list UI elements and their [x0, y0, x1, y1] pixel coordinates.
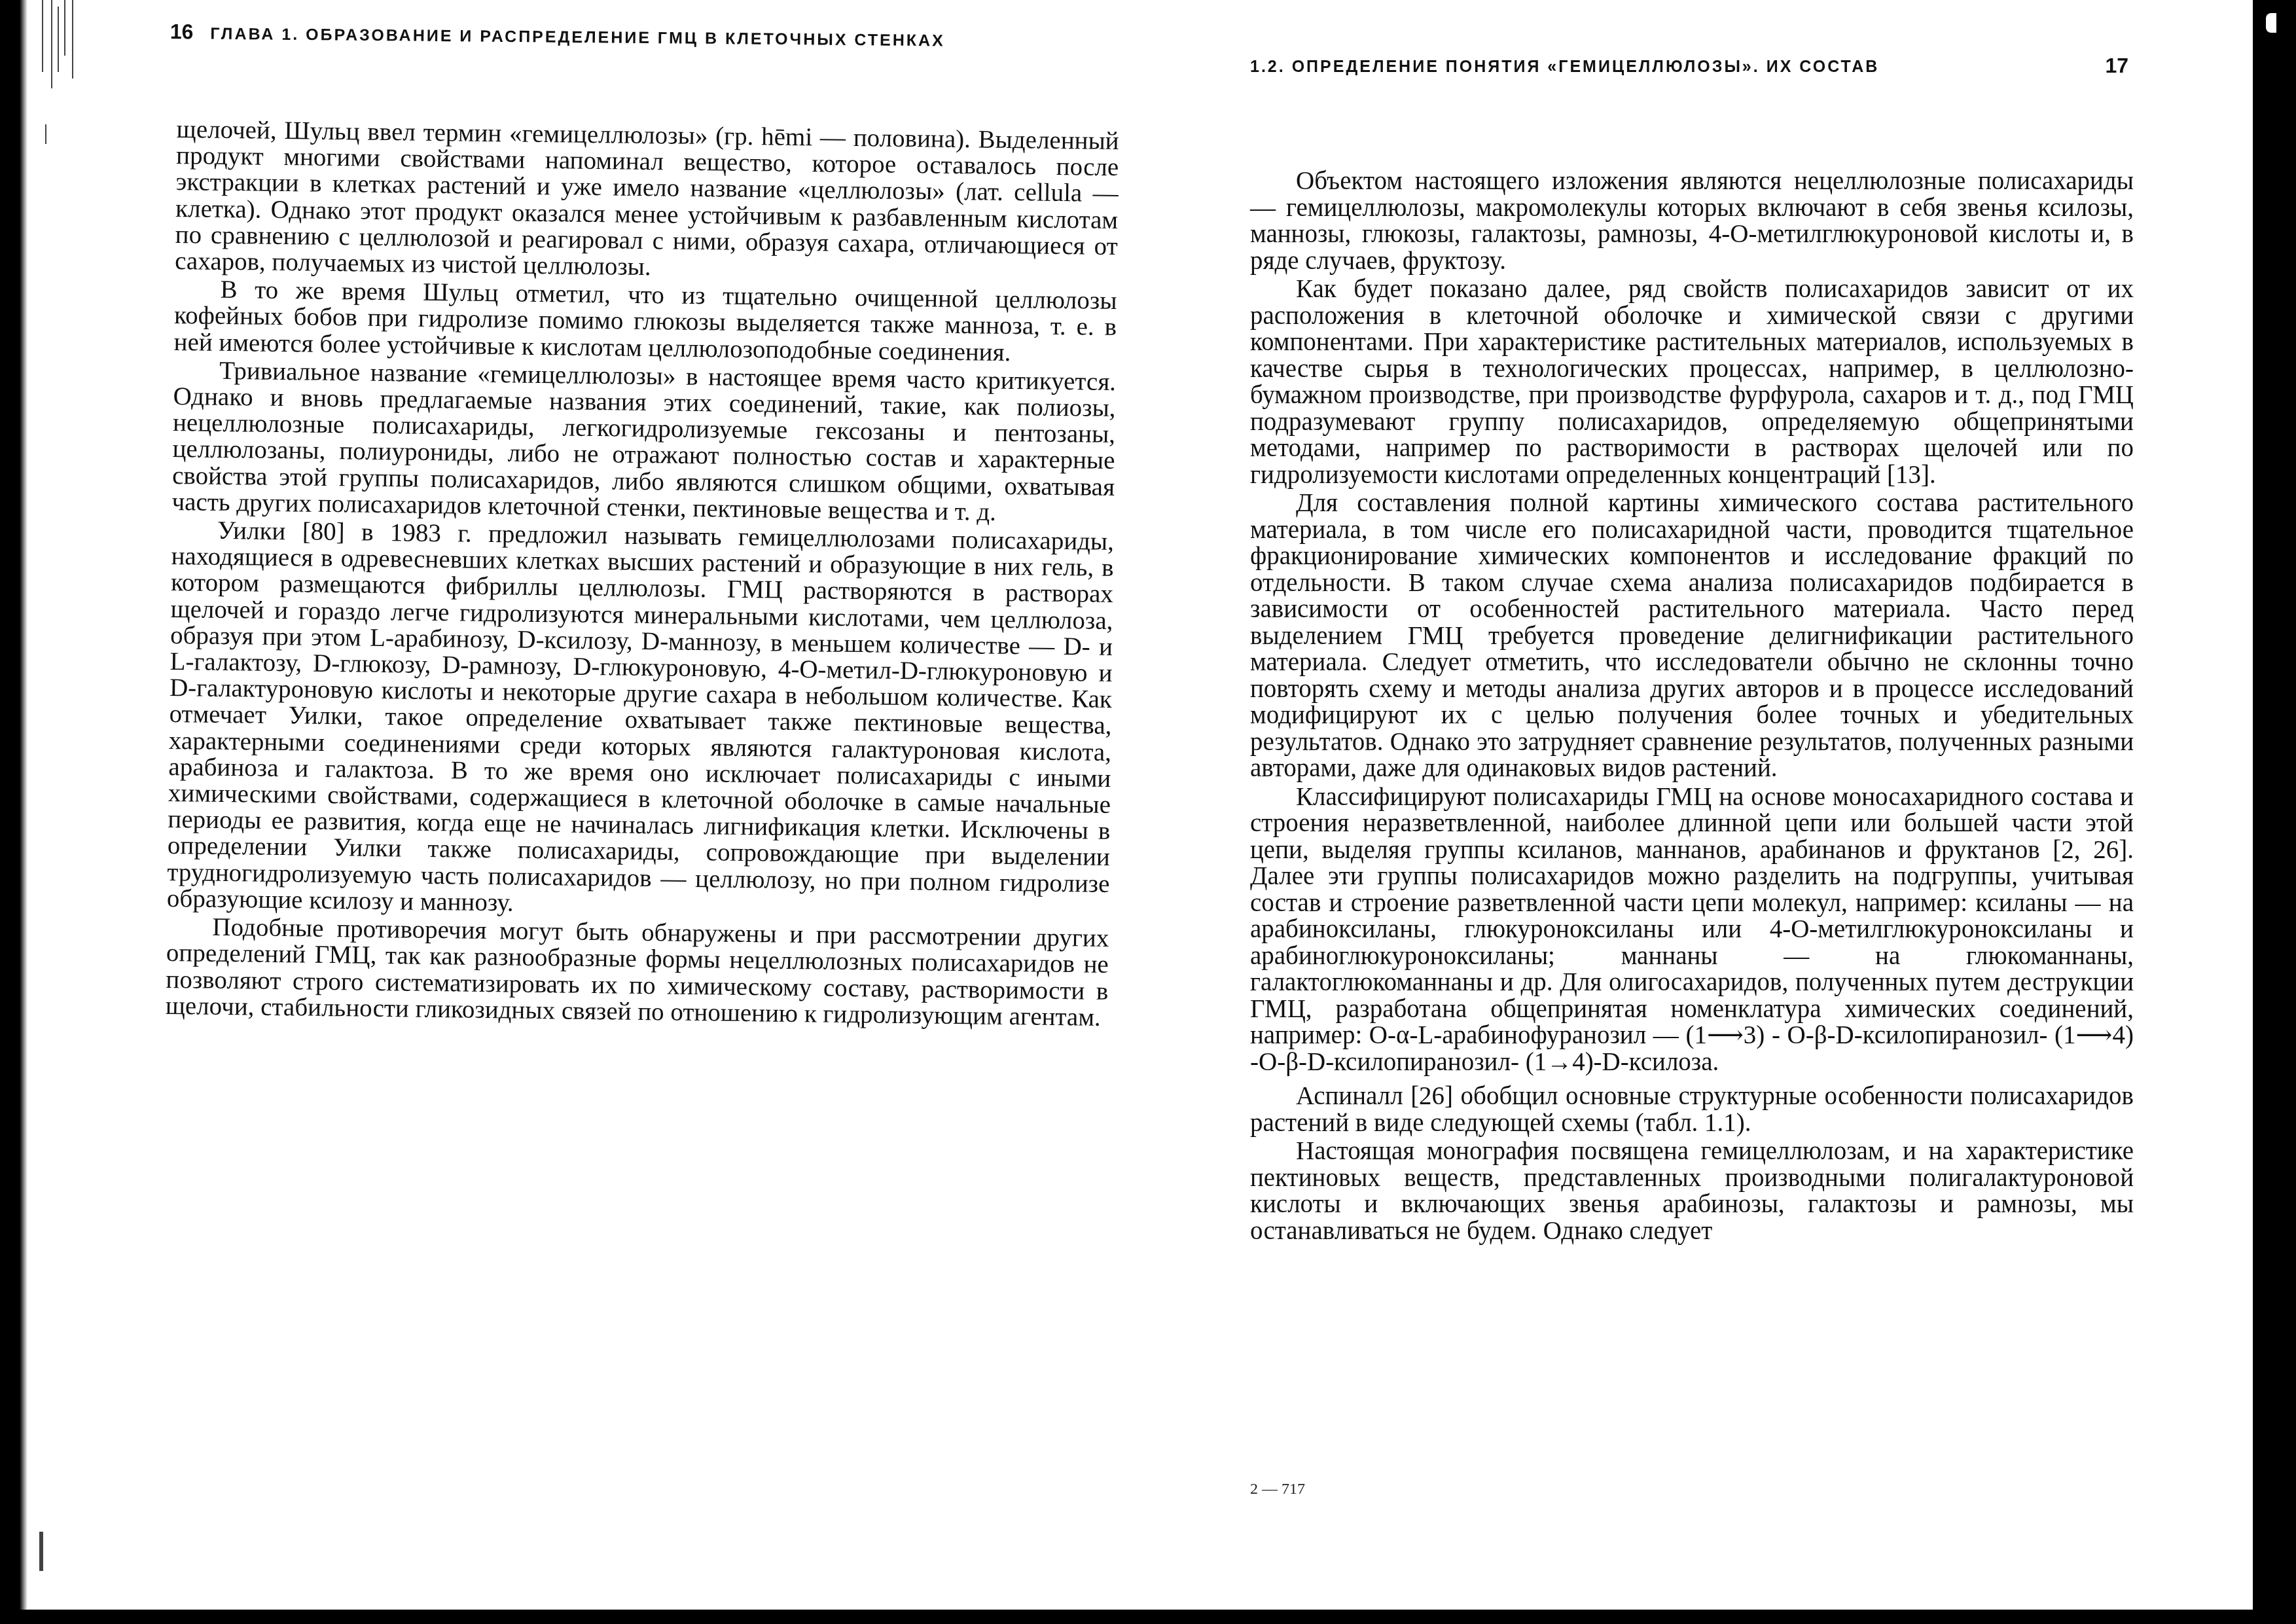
- paragraph: Подобные противоречия могут быть обнаруж…: [166, 914, 1109, 1031]
- scan-artifact: [51, 0, 52, 88]
- right-running-head: 1.2. ОПРЕДЕЛЕНИЕ ПОНЯТИЯ «ГЕМИЦЕЛЛЮЛОЗЫ»…: [1250, 58, 1879, 77]
- left-page-body: щелочей, Шульц ввел термин «гемицеллюлоз…: [166, 117, 1119, 1033]
- scan-edge-notch: [2266, 13, 2276, 33]
- scan-artifact: [58, 7, 59, 72]
- scan-artifact: [72, 0, 73, 79]
- paragraph: Настоящая монография посвящена гемицеллю…: [1250, 1138, 2134, 1244]
- paragraph: Уилки [80] в 1983 г. предложил называть …: [167, 517, 1114, 924]
- scan-edge-bottom: [0, 1610, 2296, 1624]
- scan-artifact: [64, 0, 65, 56]
- paragraph: Классифицируют полисахариды ГМЦ на основ…: [1250, 784, 2134, 1076]
- left-page-number: 16: [170, 20, 194, 43]
- left-running-head: 16ГЛАВА 1. ОБРАЗОВАНИЕ И РАСПРЕДЕЛЕНИЕ Г…: [170, 20, 945, 51]
- scan-edge-left-shadow: [20, 0, 27, 1624]
- paragraph: щелочей, Шульц ввел термин «гемицеллюлоз…: [175, 117, 1119, 286]
- paragraph: Для составления полной картины химическо…: [1250, 490, 2134, 782]
- signature-mark: 2 — 717: [1250, 1481, 1305, 1498]
- scan-artifact: [42, 0, 43, 72]
- paragraph: Как будет показано далее, ряд свойств по…: [1250, 276, 2134, 488]
- scan-artifact: [39, 1532, 43, 1571]
- left-running-head-title: ГЛАВА 1. ОБРАЗОВАНИЕ И РАСПРЕДЕЛЕНИЕ ГМЦ…: [210, 25, 945, 50]
- paragraph: Тривиальное название «гемицеллюлозы» в н…: [171, 357, 1116, 527]
- paragraph: Объектом настоящего изложения являются н…: [1250, 168, 2134, 274]
- scan-artifact: [45, 124, 46, 144]
- scan-edge-right: [2253, 0, 2296, 1624]
- scan-edge-left: [0, 0, 20, 1624]
- right-page-body: Объектом настоящего изложения являются н…: [1250, 168, 2134, 1246]
- right-page-number: 17: [2105, 54, 2128, 78]
- paragraph: Аспиналл [26] обобщил основные структурн…: [1250, 1083, 2134, 1136]
- paragraph: В то же время Шульц отметил, что из тщат…: [173, 276, 1117, 367]
